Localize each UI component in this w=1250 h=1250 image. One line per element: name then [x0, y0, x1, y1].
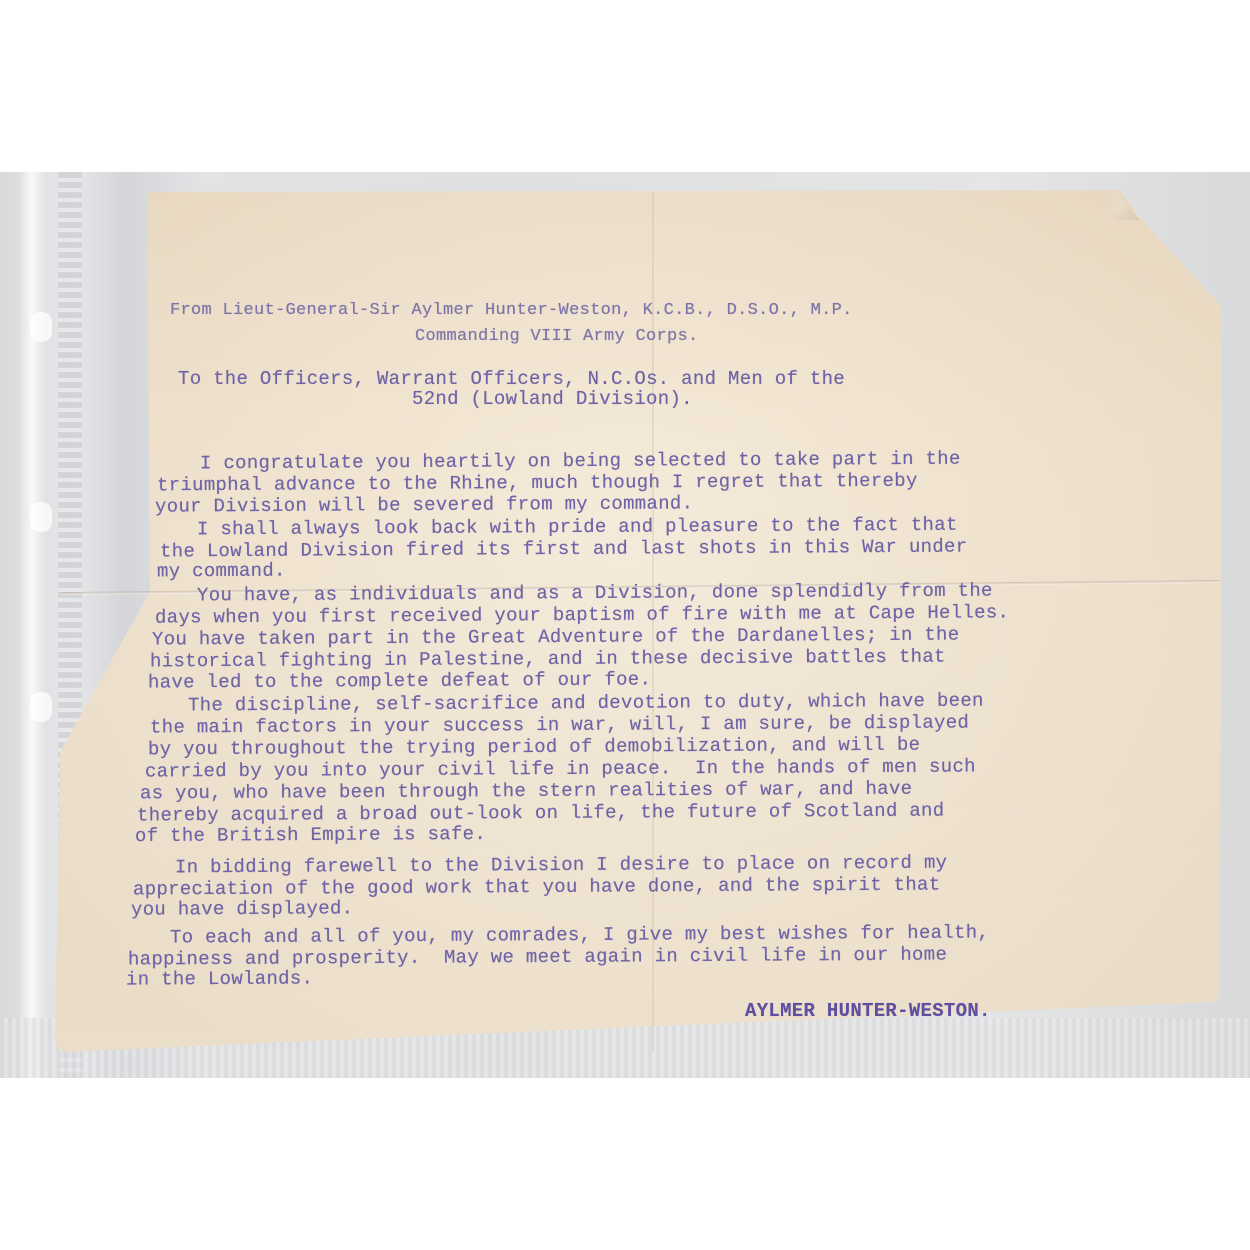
from-line: From Lieut-General-Sir Aylmer Hunter-Wes… — [170, 300, 853, 322]
signature: AYLMER HUNTER-WESTON. — [745, 1000, 991, 1022]
punch-hole — [30, 692, 52, 722]
addressee-line-2: 52nd (Lowland Division). — [412, 388, 693, 410]
body-line: you have displayed. — [131, 897, 353, 920]
body-line: have led to the complete defeat of our f… — [148, 668, 651, 693]
punch-hole — [30, 502, 52, 532]
plastic-sleeve-shine — [18, 172, 46, 1078]
photograph: From Lieut-General-Sir Aylmer Hunter-Wes… — [0, 172, 1250, 1078]
addressee-line-1: To the Officers, Warrant Officers, N.C.O… — [178, 368, 845, 390]
command-line: Commanding VIII Army Corps. — [415, 326, 699, 348]
punch-hole — [30, 312, 52, 342]
body-line: in the Lowlands. — [126, 967, 313, 990]
body-line: my command. — [157, 560, 286, 583]
body-line: your Division will be severed from my co… — [155, 492, 693, 517]
body-line: of the British Empire is safe. — [135, 823, 486, 847]
